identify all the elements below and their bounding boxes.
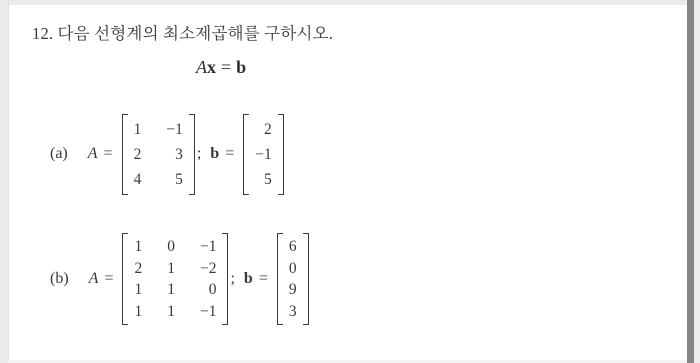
vector-b-values-a: 2−15 [249, 114, 278, 195]
vector-b-values-b: 6093 [283, 233, 303, 325]
matrix-cell: 1 [167, 258, 175, 280]
equation-matrix-symbol: A [196, 57, 207, 77]
matrix-b: 10−121−211011−1 [122, 233, 228, 325]
equation-rhs-symbol: b [236, 57, 246, 77]
document-page: { "title": "12. 다음 선형계의 최소제곱해를 구하시오.", "… [0, 0, 700, 363]
matrix-cell: 1 [134, 117, 142, 142]
problem-b-separator: ; [230, 270, 234, 288]
matrix-cell: −1 [200, 236, 217, 258]
problem-a-separator: ; [197, 145, 201, 163]
vector-b-symbol-b: b [244, 270, 253, 288]
equation-vector-symbol: x [207, 57, 216, 77]
scan-edge-left [0, 0, 9, 363]
matrix-a: 1−12345 [122, 114, 195, 195]
matrix-bracket-right [303, 233, 309, 325]
matrix-b-symbol: A [89, 270, 99, 288]
matrix-cell: 3 [166, 142, 183, 167]
matrix-cell: −1 [200, 301, 217, 323]
matrix-a-equals: = [104, 145, 113, 163]
equation-equals: = [216, 57, 236, 77]
matrix-cell: 2 [134, 258, 142, 280]
matrix-b-values: 10−121−211011−1 [128, 233, 222, 325]
problem-b-row: (b) A = 10−121−211011−1 ; b = 6093 [50, 232, 309, 326]
matrix-cell: −1 [166, 117, 183, 142]
scan-edge-right [694, 0, 700, 363]
matrix-cell: 3 [289, 301, 297, 323]
matrix-cell: 2 [134, 142, 142, 167]
vector-b-b: 6093 [277, 233, 309, 325]
problem-b-label: (b) [50, 270, 69, 288]
problem-a-row: (a) A = 1−12345 ; b = 2−15 [50, 110, 284, 198]
problem-a-label: (a) [50, 145, 68, 163]
matrix-cell: −1 [255, 142, 272, 167]
matrix-cell: 1 [134, 301, 142, 323]
matrix-cell: 0 [167, 236, 175, 258]
matrix-a-symbol: A [88, 145, 98, 163]
matrix-cell: 2 [255, 117, 272, 142]
scan-edge-top [0, 0, 700, 5]
matrix-cell: 5 [255, 167, 272, 192]
matrix-cell: 4 [134, 167, 142, 192]
matrix-b-equals: = [104, 270, 113, 288]
matrix-cell: 1 [167, 279, 175, 301]
vector-b-a: 2−15 [243, 114, 284, 195]
vector-b-symbol-a: b [210, 145, 219, 163]
matrix-cell: 6 [289, 236, 297, 258]
matrix-bracket-right [189, 114, 195, 195]
problem-title: 12. 다음 선형계의 최소제곱해를 구하시오. [32, 20, 333, 44]
matrix-cell: −2 [200, 258, 217, 280]
matrix-cell: 1 [167, 301, 175, 323]
scan-edge-line-right [687, 0, 694, 363]
matrix-bracket-right [278, 114, 284, 195]
equation-ax-equals-b: Ax=b [196, 57, 246, 78]
matrix-bracket-right [222, 233, 228, 325]
vector-b-equals-a: = [225, 145, 234, 163]
matrix-cell: 0 [289, 258, 297, 280]
matrix-a-values: 1−12345 [128, 114, 189, 195]
matrix-cell: 1 [134, 279, 142, 301]
matrix-cell: 0 [200, 279, 217, 301]
vector-b-equals-b: = [259, 270, 268, 288]
matrix-cell: 5 [166, 167, 183, 192]
matrix-cell: 9 [289, 279, 297, 301]
matrix-cell: 1 [134, 236, 142, 258]
